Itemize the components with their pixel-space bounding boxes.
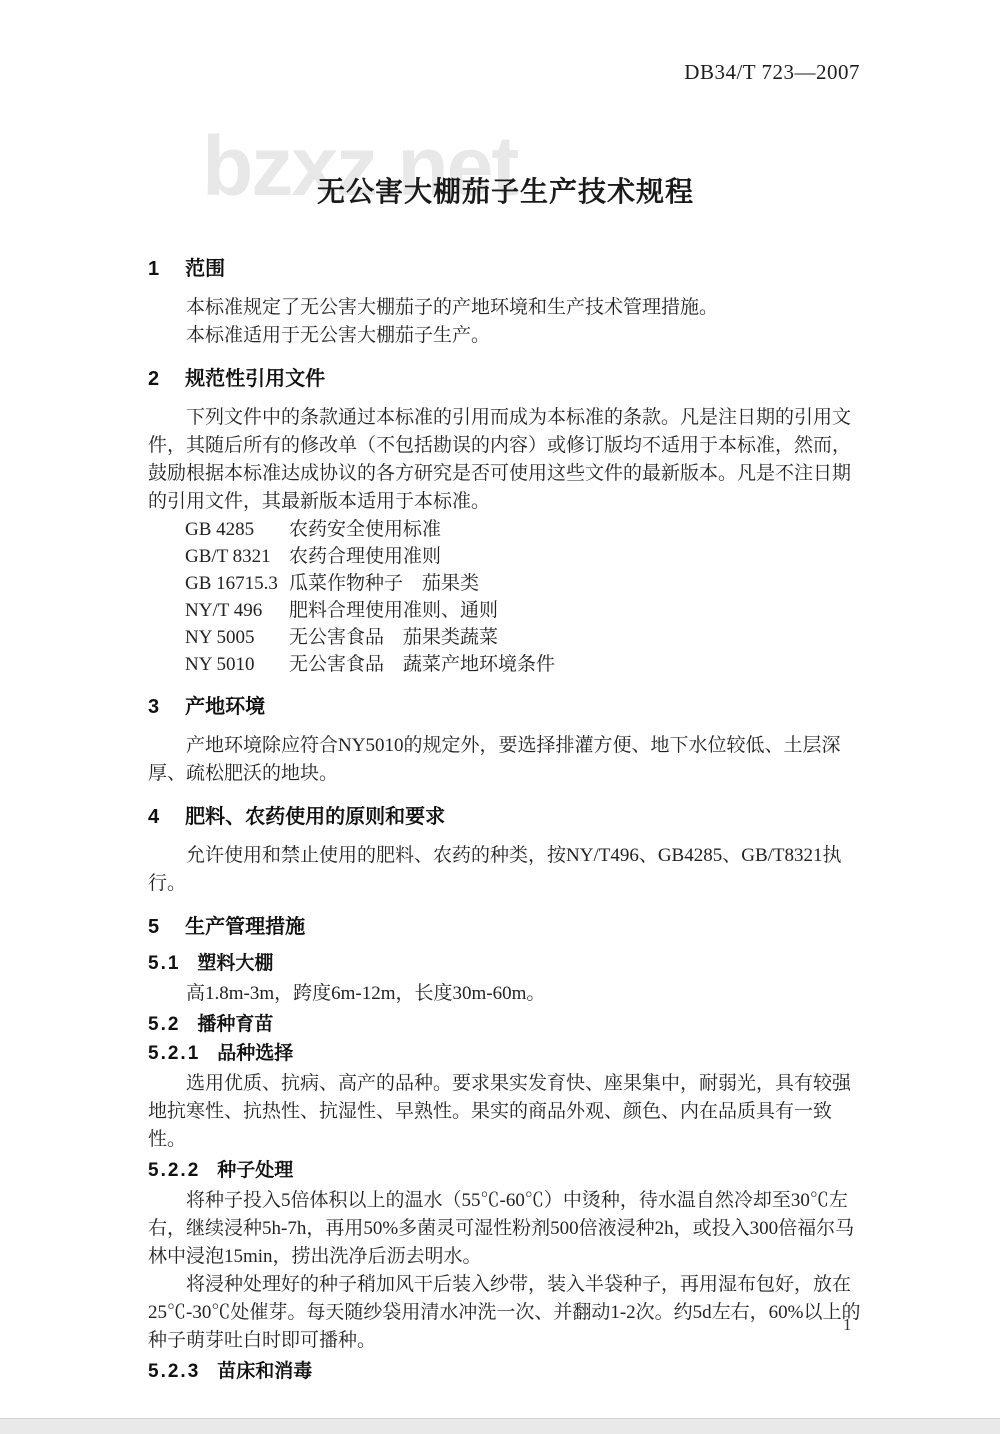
paragraph: 下列文件中的条款通过本标准的引用而成为本标准的条款。凡是注日期的引用文件，其随后… [148, 404, 863, 516]
reference-name: 瓜菜作物种子 茄果类 [289, 570, 479, 597]
section-5-2-3-heading: 5.2.3苗床和消毒 [148, 1360, 863, 1384]
section-5-heading: 5生产管理措施 [148, 914, 863, 940]
paragraph: 高1.8m-3m，跨度6m-12m，长度30m-60m。 [148, 980, 863, 1008]
document-title: 无公害大棚茄子生产技术规程 [148, 170, 863, 210]
section-heading-text: 生产管理措施 [185, 916, 305, 938]
section-number: 4 [148, 804, 159, 830]
page-number: 1 [843, 1315, 852, 1335]
section-heading-text: 播种育苗 [197, 1014, 273, 1035]
reference-item: GB 4285农药安全使用标准 [185, 516, 863, 543]
section-number: 5.2.1 [148, 1042, 200, 1066]
section-number: 5.2.3 [148, 1360, 200, 1384]
section-number: 2 [148, 366, 159, 392]
section-5-2-1-heading: 5.2.1品种选择 [148, 1042, 863, 1066]
reference-code: NY 5010 [185, 651, 289, 678]
section-heading-text: 规范性引用文件 [185, 368, 325, 390]
section-3-heading: 3产地环境 [148, 694, 863, 720]
section-number: 1 [148, 256, 159, 282]
section-heading-text: 产地环境 [185, 696, 265, 718]
reference-name: 肥料合理使用准则、通则 [289, 597, 498, 624]
section-1-heading: 1范围 [148, 256, 863, 282]
paragraph: 将种子投入5倍体积以上的温水（55℃-60℃）中烫种，待水温自然冷却至30℃左右… [148, 1187, 863, 1271]
reference-code: NY 5005 [185, 624, 289, 651]
section-heading-text: 肥料、农药使用的原则和要求 [185, 806, 445, 828]
reference-code: GB 16715.3 [185, 570, 289, 597]
references-list: GB 4285农药安全使用标准 GB/T 8321农药合理使用准则 GB 167… [185, 516, 863, 678]
paragraph: 允许使用和禁止使用的肥料、农药的种类，按NY/T496、GB4285、GB/T8… [148, 842, 863, 898]
paragraph: 本标准适用于无公害大棚茄子生产。 [148, 322, 863, 350]
section-number: 5 [148, 914, 159, 940]
reference-item: NY 5010无公害食品 蔬菜产地环境条件 [185, 651, 863, 678]
reference-name: 农药安全使用标准 [289, 516, 441, 543]
page-bottom-strip [0, 1418, 1000, 1434]
reference-name: 农药合理使用准则 [289, 543, 441, 570]
paragraph: 产地环境除应符合NY5010的规定外，要选择排灌方便、地下水位较低、土层深厚、疏… [148, 732, 863, 788]
reference-name: 无公害食品 茄果类蔬菜 [289, 624, 498, 651]
section-heading-text: 品种选择 [217, 1043, 293, 1064]
section-2-heading: 2规范性引用文件 [148, 366, 863, 392]
section-5-1-heading: 5.1塑料大棚 [148, 952, 863, 976]
section-heading-text: 范围 [185, 258, 225, 280]
section-number: 3 [148, 694, 159, 720]
section-4-heading: 4肥料、农药使用的原则和要求 [148, 804, 863, 830]
section-number: 5.2 [148, 1013, 180, 1037]
reference-item: GB/T 8321农药合理使用准则 [185, 543, 863, 570]
section-5-2-2-heading: 5.2.2种子处理 [148, 1159, 863, 1183]
section-heading-text: 苗床和消毒 [217, 1361, 312, 1382]
paragraph: 选用优质、抗病、高产的品种。要求果实发育快、座果集中，耐弱光，具有较强地抗寒性、… [148, 1070, 863, 1154]
paragraph: 本标准规定了无公害大棚茄子的产地环境和生产技术管理措施。 [148, 294, 863, 322]
reference-code: GB/T 8321 [185, 543, 289, 570]
section-heading-text: 塑料大棚 [197, 953, 273, 974]
section-number: 5.2.2 [148, 1159, 200, 1183]
section-5-2-heading: 5.2播种育苗 [148, 1013, 863, 1037]
paragraph: 将浸种处理好的种子稍加风干后装入纱带，装入半袋种子，再用湿布包好，放在25℃-3… [148, 1271, 863, 1355]
document-page: DB34/T 723—2007 bzxz.net 无公害大棚茄子生产技术规程 1… [0, 0, 1000, 1434]
reference-item: NY/T 496肥料合理使用准则、通则 [185, 597, 863, 624]
document-content: 1范围 本标准规定了无公害大棚茄子的产地环境和生产技术管理措施。 本标准适用于无… [148, 240, 863, 1388]
standard-code: DB34/T 723—2007 [684, 60, 860, 85]
reference-item: GB 16715.3瓜菜作物种子 茄果类 [185, 570, 863, 597]
reference-code: NY/T 496 [185, 597, 289, 624]
section-number: 5.1 [148, 952, 180, 976]
reference-item: NY 5005无公害食品 茄果类蔬菜 [185, 624, 863, 651]
reference-name: 无公害食品 蔬菜产地环境条件 [289, 651, 555, 678]
reference-code: GB 4285 [185, 516, 289, 543]
section-heading-text: 种子处理 [217, 1160, 293, 1181]
